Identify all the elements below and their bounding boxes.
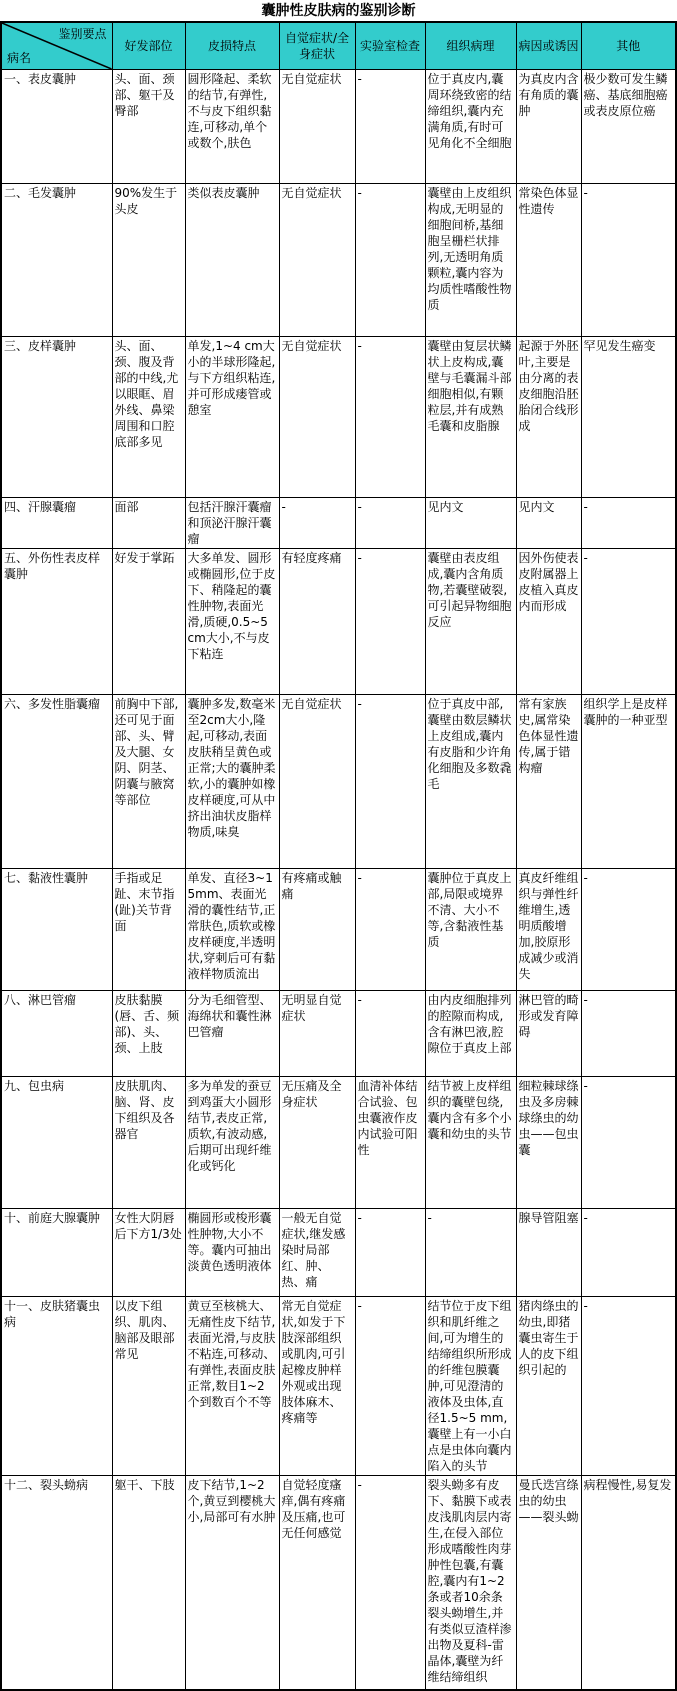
cell-site: 好发于掌跖 [112,549,185,695]
cell-etiology: 为真皮内含有角质的囊肿 [516,70,581,184]
cell-disease-name: 七、黏液性囊肿 [1,869,112,991]
cell-lab: - [355,549,425,695]
column-header-site: 好发部位 [112,22,185,70]
cell-pathology: 由内皮细胞排列的腔隙而构成,含有淋巴液,腔隙位于真皮上部 [425,991,516,1077]
table-header: 鉴别要点 病名 好发部位 皮损特点 自觉症状/全身症状 实验室检查 组织病理 病… [1,22,676,70]
column-header-etiology: 病因或诱因 [516,22,581,70]
table-row: 四、汗腺囊瘤 面部 包括汗腺汗囊瘤和顶泌汗腺汗囊瘤 - - 见内文 见内文 - [1,498,676,549]
cell-pathology: 结节被上皮样组织的囊壁包绕,囊内含有多个小囊和幼虫的头节 [425,1077,516,1209]
cell-site: 头、面、颈部、躯干及臀部 [112,70,185,184]
cell-other: 组织学上是皮样囊肿的一种亚型 [581,695,676,869]
cell-pathology: 囊壁由复层状鳞状上皮构成,囊壁与毛囊漏斗部细胞相似,有颗粒层,并有成熟毛囊和皮脂… [425,337,516,498]
cell-pathology: 位于真皮内,囊周环绕致密的结缔组织,囊内充满角质,有时可见角化不全细胞 [425,70,516,184]
table-row: 十二、裂头蚴病 躯干、下肢 皮下结节,1~2个,黄豆到樱桃大小,局部可有水肿 自… [1,1476,676,1690]
cell-other: - [581,1297,676,1476]
differential-diagnosis-table: 鉴别要点 病名 好发部位 皮损特点 自觉症状/全身症状 实验室检查 组织病理 病… [0,21,677,1691]
cell-symptoms: 无自觉症状 [279,695,355,869]
cell-site: 皮肤肌肉、脑、肾、皮下组织及各器官 [112,1077,185,1209]
cell-other: 病程慢性,易复发 [581,1476,676,1690]
cell-lab: - [355,70,425,184]
cell-etiology: 常染色体显性遗传 [516,184,581,337]
column-header-lab: 实验室检查 [355,22,425,70]
cell-etiology: 猪肉绦虫的幼虫,即猪囊虫寄生于人的皮下组织引起的 [516,1297,581,1476]
cell-lab: - [355,1476,425,1690]
cell-pathology: 囊壁由上皮组织构成,无明显的细胞间桥,基细胞呈栅栏状排列,无透明角质颗粒,囊内容… [425,184,516,337]
table-row: 九、包虫病 皮肤肌肉、脑、肾、皮下组织及各器官 多为单发的蚕豆到鸡蛋大小圆形结节… [1,1077,676,1209]
column-header-lesion: 皮损特点 [185,22,279,70]
cell-lab: - [355,184,425,337]
cell-etiology: 起源于外胚叶,主要是由分离的表皮细胞沿胚胎闭合线形成 [516,337,581,498]
header-row: 鉴别要点 病名 好发部位 皮损特点 自觉症状/全身症状 实验室检查 组织病理 病… [1,22,676,70]
table-row: 一、表皮囊肿 头、面、颈部、躯干及臀部 圆形隆起、柔软的结节,有弹性,不与皮下组… [1,70,676,184]
cell-lab: 血清补体结合试验、包虫囊液作皮内试验可阳性 [355,1077,425,1209]
cell-other: - [581,184,676,337]
cell-etiology: 曼氏迭宫绦虫的幼虫——裂头蚴 [516,1476,581,1690]
cell-disease-name: 九、包虫病 [1,1077,112,1209]
cell-other: - [581,1209,676,1297]
cell-other: - [581,498,676,549]
cell-other: - [581,1077,676,1209]
cell-symptoms: - [279,498,355,549]
table-row: 六、多发性脂囊瘤 前胸中下部,还可见于面部、头、臂及大腿、女阴、阴茎、阴囊与腋窝… [1,695,676,869]
table-row: 八、淋巴管瘤 皮肤黏膜(唇、舌、频部)、头、颈、上肢 分为毛细管型、海绵状和囊性… [1,991,676,1077]
cell-lab: - [355,869,425,991]
cell-lesion: 多为单发的蚕豆到鸡蛋大小圆形结节,表皮正常,质软,有波动感,后期可出现纤维化或钙… [185,1077,279,1209]
cell-lab: - [355,498,425,549]
cell-site: 女性大阴唇后下方1/3处 [112,1209,185,1297]
cell-lab: - [355,695,425,869]
cell-lesion: 皮下结节,1~2个,黄豆到樱桃大小,局部可有水肿 [185,1476,279,1690]
cell-pathology: 囊肿位于真皮上部,局限或境界不清、大小不等,含黏液性基质 [425,869,516,991]
cell-disease-name: 十一、皮肤猪囊虫病 [1,1297,112,1476]
cell-other: - [581,549,676,695]
cell-lesion: 囊肿多发,数毫米至2cm大小,隆起,可移动,表面皮肤稍呈黄色或正常;大的囊肿柔软… [185,695,279,869]
cell-etiology: 细粒棘球绦虫及多房棘球绦虫的幼虫——包虫囊 [516,1077,581,1209]
cell-site: 以皮下组织、肌肉、脑部及眼部常见 [112,1297,185,1476]
table-row: 二、毛发囊肿 90%发生于头皮 类似表皮囊肿 无自觉症状 - 囊壁由上皮组织构成… [1,184,676,337]
cell-symptoms: 常无自觉症状,如发于下肢深部组织或肌肉,可引起橡皮肿样外观或出现肢体麻木、疼痛等 [279,1297,355,1476]
cell-pathology: 结节位于皮下组织和肌纤维之间,可为增生的结缔组织所形成的纤维包膜囊肿,可见澄清的… [425,1297,516,1476]
column-header-symptoms: 自觉症状/全身症状 [279,22,355,70]
cell-site: 前胸中下部,还可见于面部、头、臂及大腿、女阴、阴茎、阴囊与腋窝等部位 [112,695,185,869]
cell-lab: - [355,1297,425,1476]
column-header-pathology: 组织病理 [425,22,516,70]
cell-other: - [581,869,676,991]
table-row: 七、黏液性囊肿 手指或足趾、末节指(趾)关节背面 单发、直径3~15mm、表面光… [1,869,676,991]
cell-symptoms: 无自觉症状 [279,184,355,337]
table-row: 三、皮样囊肿 头、面、颈、腹及背部的中线,尤以眼眶、眉外线、鼻梁周围和口腔底部多… [1,337,676,498]
cell-lesion: 包括汗腺汗囊瘤和顶泌汗腺汗囊瘤 [185,498,279,549]
cell-symptoms: 一般无自觉症状,继发感染时局部红、肿、热、痛 [279,1209,355,1297]
cell-symptoms: 无压痛及全身症状 [279,1077,355,1209]
header-corner-cell: 鉴别要点 病名 [1,22,112,70]
cell-lab: - [355,991,425,1077]
cell-lesion: 单发,1~4 cm大小的半球形隆起,与下方组织粘连,并可形成瘘管或憩室 [185,337,279,498]
cell-disease-name: 八、淋巴管瘤 [1,991,112,1077]
cell-lab: - [355,337,425,498]
cell-etiology: 常有家族史,属常染色体显性遗传,属于错构瘤 [516,695,581,869]
cell-pathology: 见内文 [425,498,516,549]
cell-etiology: 腺导管阻塞 [516,1209,581,1297]
table-body: 一、表皮囊肿 头、面、颈部、躯干及臀部 圆形隆起、柔软的结节,有弹性,不与皮下组… [1,70,676,1690]
cell-disease-name: 十、前庭大腺囊肿 [1,1209,112,1297]
cell-lesion: 大多单发、圆形或椭圆形,位于皮下、稍隆起的囊性肿物,表面光滑,质硬,0.5~5 … [185,549,279,695]
cell-pathology: 位于真皮中部,囊壁由数层鳞状上皮组成,囊内有皮脂和少许角化细胞及多数毳毛 [425,695,516,869]
column-header-other: 其他 [581,22,676,70]
table-row: 十、前庭大腺囊肿 女性大阴唇后下方1/3处 椭圆形或梭形囊性肿物,大小不等。囊内… [1,1209,676,1297]
cell-site: 躯干、下肢 [112,1476,185,1690]
cell-symptoms: 有疼痛或触痛 [279,869,355,991]
cell-site: 面部 [112,498,185,549]
cell-other: - [581,991,676,1077]
cell-lesion: 黄豆至核桃大、无痛性皮下结节,表面光滑,与皮肤不粘连,可移动、有弹性,表面皮肤正… [185,1297,279,1476]
cell-symptoms: 无自觉症状 [279,337,355,498]
cell-lesion: 单发、直径3~15mm、表面光滑的囊性结节,正常肤色,质软或橡皮样硬度,半透明状… [185,869,279,991]
cell-symptoms: 自觉轻度瘙痒,偶有疼痛及压痛,也可无任何感觉 [279,1476,355,1690]
cell-lab: - [355,1209,425,1297]
cell-site: 头、面、颈、腹及背部的中线,尤以眼眶、眉外线、鼻梁周围和口腔底部多见 [112,337,185,498]
cell-pathology: - [425,1209,516,1297]
cell-symptoms: 无自觉症状 [279,70,355,184]
page-title: 囊肿性皮肤病的鉴别诊断 [0,0,677,21]
table-row: 十一、皮肤猪囊虫病 以皮下组织、肌肉、脑部及眼部常见 黄豆至核桃大、无痛性皮下结… [1,1297,676,1476]
cell-symptoms: 有轻度疼痛 [279,549,355,695]
cell-lesion: 椭圆形或梭形囊性肿物,大小不等。囊内可抽出淡黄色透明液体 [185,1209,279,1297]
cell-disease-name: 一、表皮囊肿 [1,70,112,184]
cell-lesion: 圆形隆起、柔软的结节,有弹性,不与皮下组织黏连,可移动,单个或数个,肤色 [185,70,279,184]
cell-etiology: 见内文 [516,498,581,549]
cell-disease-name: 六、多发性脂囊瘤 [1,695,112,869]
table-row: 五、外伤性表皮样囊肿 好发于掌跖 大多单发、圆形或椭圆形,位于皮下、稍隆起的囊性… [1,549,676,695]
cell-other: 极少数可发生鳞癌、基底细胞癌或表皮原位癌 [581,70,676,184]
cell-etiology: 淋巴管的畸形或发育障碍 [516,991,581,1077]
cell-etiology: 真皮纤维组织与弹性纤维增生,透明质酸增加,胶原形成减少或消失 [516,869,581,991]
cell-site: 皮肤黏膜(唇、舌、频部)、头、颈、上肢 [112,991,185,1077]
cell-disease-name: 四、汗腺囊瘤 [1,498,112,549]
cell-etiology: 因外伤使表皮附属器上皮植入真皮内而形成 [516,549,581,695]
cell-pathology: 囊壁由表皮组成,囊内含角质物,若囊壁破裂,可引起异物细胞反应 [425,549,516,695]
cell-site: 90%发生于头皮 [112,184,185,337]
cell-disease-name: 十二、裂头蚴病 [1,1476,112,1690]
cell-other: 罕见发生癌变 [581,337,676,498]
cell-disease-name: 三、皮样囊肿 [1,337,112,498]
cell-disease-name: 二、毛发囊肿 [1,184,112,337]
cell-pathology: 裂头蚴多有皮下、黏膜下或表皮浅肌肉层内寄生,在侵入部位形成嗜酸性肉芽肿性包囊,有… [425,1476,516,1690]
cell-site: 手指或足趾、末节指(趾)关节背面 [112,869,185,991]
cell-lesion: 类似表皮囊肿 [185,184,279,337]
header-corner-bottom-label: 病名 [7,50,31,66]
cell-symptoms: 无明显自觉症状 [279,991,355,1077]
cell-disease-name: 五、外伤性表皮样囊肿 [1,549,112,695]
header-corner-top-label: 鉴别要点 [58,26,106,42]
cell-lesion: 分为毛细管型、海绵状和囊性淋巴管瘤 [185,991,279,1077]
